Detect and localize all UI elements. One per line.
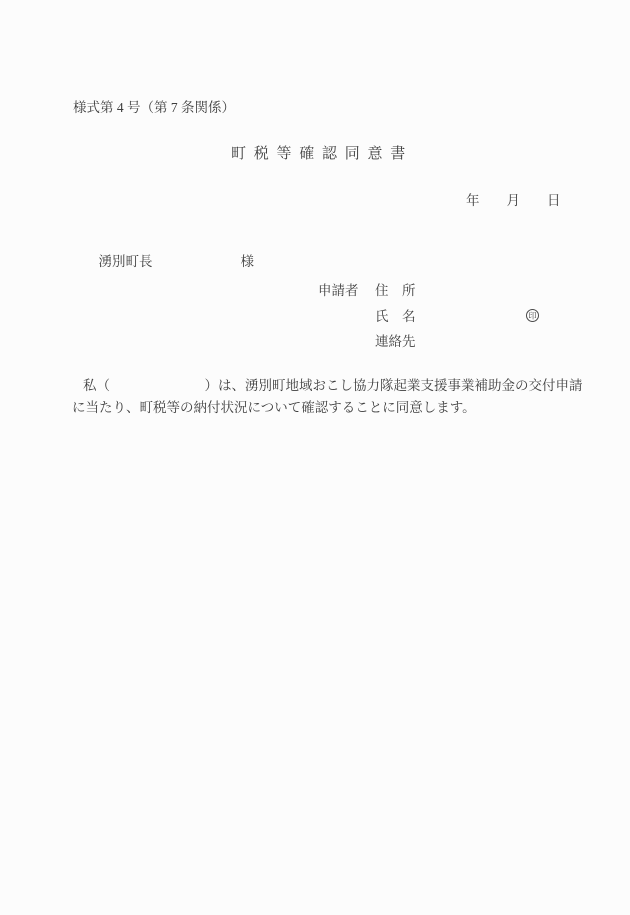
applicant-label: 申請者 — [318, 284, 359, 298]
seal-character: 印 — [529, 312, 537, 320]
consent-body-line2: に当たり、町税等の納付状況について確認することに同意します。 — [72, 401, 476, 415]
seal-mark-icon: 印 — [526, 309, 539, 322]
addressee-honorific: 様 — [241, 255, 255, 269]
applicant-address-label: 住 所 — [375, 284, 416, 298]
document-page: 様式第 4 号（第 7 条関係） 町 税 等 確 認 同 意 書 年 月 日 湧… — [0, 0, 630, 915]
document-title: 町 税 等 確 認 同 意 書 — [231, 147, 407, 162]
applicant-name-label: 氏 名 — [375, 310, 416, 324]
addressee-line: 湧別町長様 — [85, 241, 254, 282]
form-number: 様式第 4 号（第 7 条関係） — [73, 101, 235, 115]
applicant-contact-label: 連絡先 — [375, 335, 416, 349]
addressee-name: 湧別町長 — [99, 254, 153, 269]
consent-body-line1: 私（ ）は、湧別町地域おこし協力隊起業支援事業補助金の交付申請 — [83, 379, 583, 393]
date-line: 年 月 日 — [466, 194, 561, 208]
